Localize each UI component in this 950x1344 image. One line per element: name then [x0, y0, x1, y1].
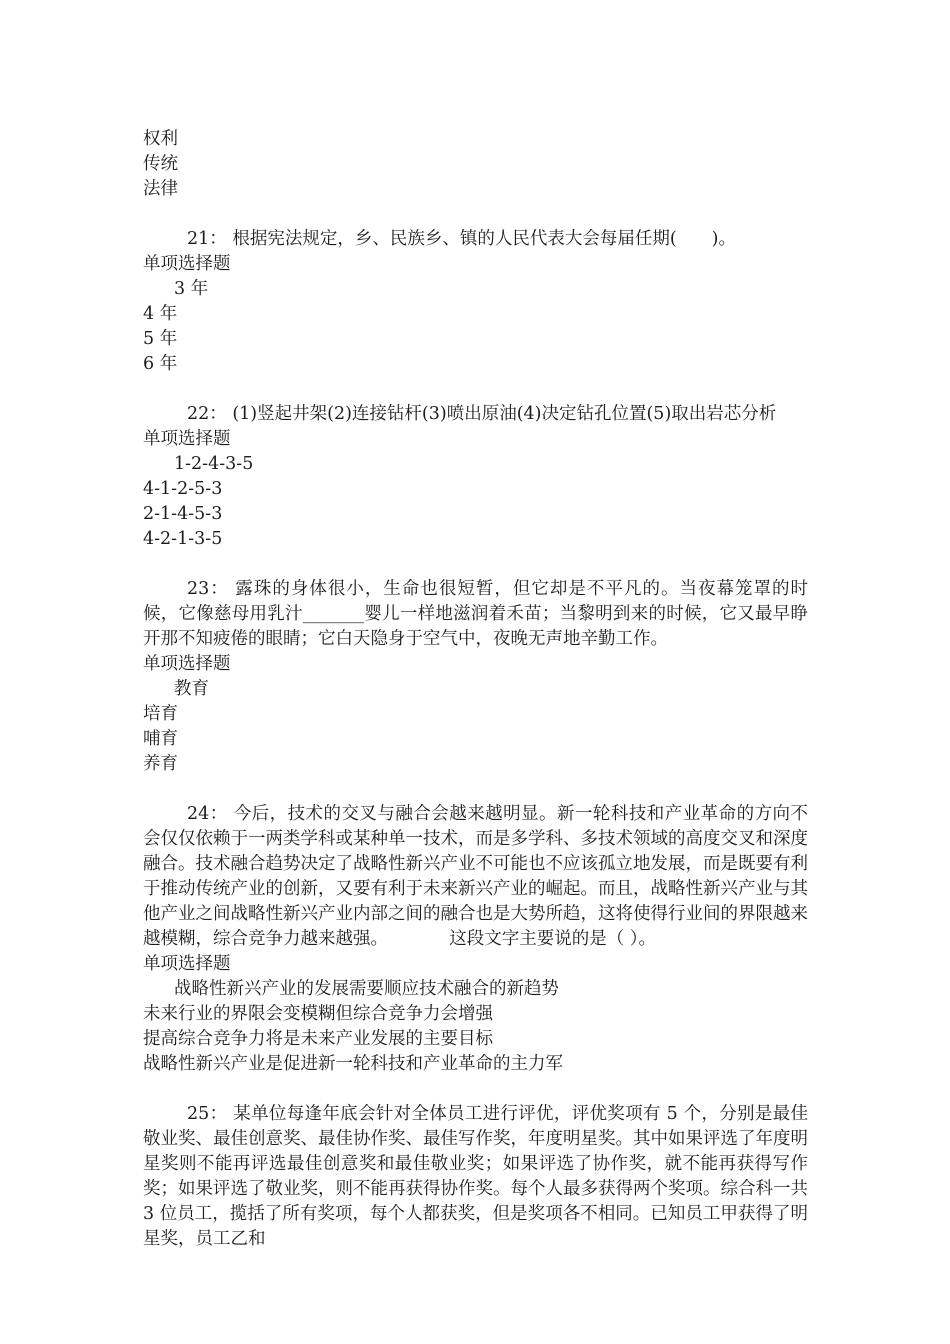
question-type-label: 单项选择题	[143, 952, 808, 977]
question-stem: 24： 今后，技术的交叉与融合会越来越明显。新一轮科技和产业革命的方向不会仅仅依…	[143, 802, 808, 952]
option-item: 4-2-1-3-5	[143, 527, 808, 552]
question-type-label: 单项选择题	[143, 252, 808, 277]
option-item: 3 年	[143, 277, 808, 302]
options-list: 3 年 4 年 5 年 6 年	[143, 277, 808, 377]
options-list: 教育 培育 哺育 养育	[143, 677, 808, 777]
option-item: 2-1-4-5-3	[143, 502, 808, 527]
option-item: 教育	[143, 677, 808, 702]
option-item: 5 年	[143, 327, 808, 352]
option-item: 战略性新兴产业的发展需要顺应技术融合的新趋势	[143, 977, 808, 1002]
prior-question-options-list: 权利 传统 法律	[143, 127, 808, 202]
option-item: 传统	[143, 152, 808, 177]
option-item: 4 年	[143, 302, 808, 327]
options-list: 1-2-4-3-5 4-1-2-5-3 2-1-4-5-3 4-2-1-3-5	[143, 452, 808, 552]
option-item: 未来行业的界限会变模糊但综合竞争力会增强	[143, 1002, 808, 1027]
question-block-21: 21： 根据宪法规定，乡、民族乡、镇的人民代表大会每届任期( )。 单项选择题 …	[143, 227, 808, 377]
option-item: 权利	[143, 127, 808, 152]
option-item: 哺育	[143, 727, 808, 752]
option-item: 养育	[143, 752, 808, 777]
options-list: 战略性新兴产业的发展需要顺应技术融合的新趋势 未来行业的界限会变模糊但综合竞争力…	[143, 977, 808, 1077]
question-stem: 25： 某单位每逢年底会针对全体员工进行评优，评优奖项有 5 个，分别是最佳敬业…	[143, 1102, 808, 1252]
document-page: 权利 传统 法律 21： 根据宪法规定，乡、民族乡、镇的人民代表大会每届任期( …	[0, 0, 950, 1344]
option-item: 战略性新兴产业是促进新一轮科技和产业革命的主力军	[143, 1052, 808, 1077]
question-type-label: 单项选择题	[143, 652, 808, 677]
option-item: 6 年	[143, 352, 808, 377]
question-type-label: 单项选择题	[143, 427, 808, 452]
question-block-22: 22： (1)竖起井架(2)连接钻杆(3)喷出原油(4)决定钻孔位置(5)取出岩…	[143, 402, 808, 552]
question-stem: 21： 根据宪法规定，乡、民族乡、镇的人民代表大会每届任期( )。	[143, 227, 808, 252]
question-block-24: 24： 今后，技术的交叉与融合会越来越明显。新一轮科技和产业革命的方向不会仅仅依…	[143, 802, 808, 1077]
question-block-25: 25： 某单位每逢年底会针对全体员工进行评优，评优奖项有 5 个，分别是最佳敬业…	[143, 1102, 808, 1252]
question-stem: 22： (1)竖起井架(2)连接钻杆(3)喷出原油(4)决定钻孔位置(5)取出岩…	[143, 402, 808, 427]
option-item: 1-2-4-3-5	[143, 452, 808, 477]
option-item: 4-1-2-5-3	[143, 477, 808, 502]
option-item: 培育	[143, 702, 808, 727]
question-stem: 23： 露珠的身体很小，生命也很短暂，但它却是不平凡的。当夜幕笼罩的时候，它像慈…	[143, 577, 808, 652]
question-block-23: 23： 露珠的身体很小，生命也很短暂，但它却是不平凡的。当夜幕笼罩的时候，它像慈…	[143, 577, 808, 777]
option-item: 法律	[143, 177, 808, 202]
option-item: 提高综合竞争力将是未来产业发展的主要目标	[143, 1027, 808, 1052]
